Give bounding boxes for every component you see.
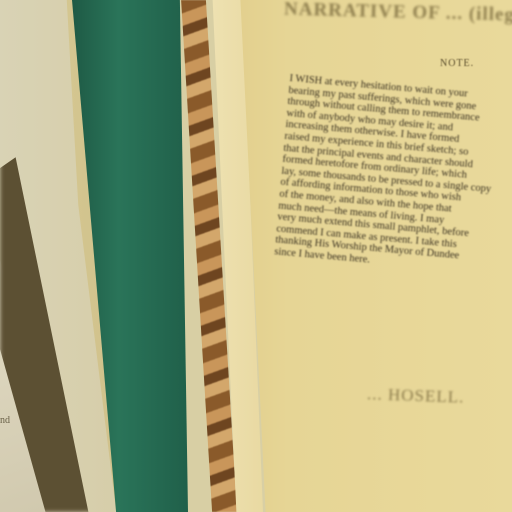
paper-text-fragment: nd <box>0 415 10 426</box>
page-heading: NOTE. <box>440 58 474 69</box>
printed-page: NARRATIVE OF ... (illegible) NOTE. I WIS… <box>232 0 512 512</box>
footer-title: ... HOSELL. <box>367 384 465 407</box>
running-header: NARRATIVE OF ... (illegible) <box>284 0 512 27</box>
page-body: I WISH at every hesitation to wait on yo… <box>274 73 512 280</box>
